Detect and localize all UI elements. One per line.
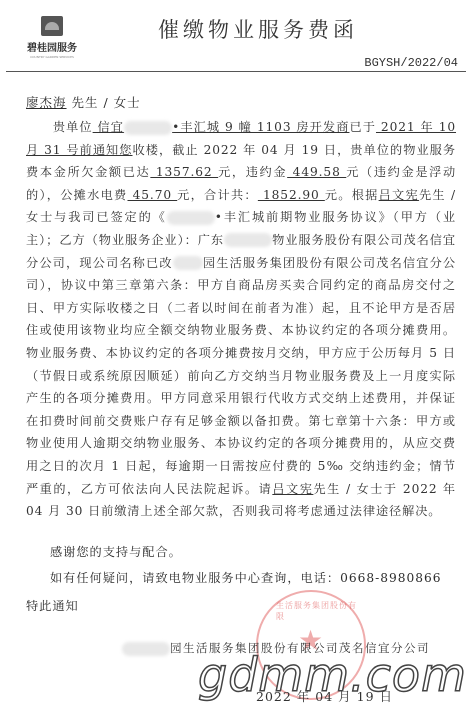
utilities-amount: 45.70 xyxy=(127,188,177,202)
text: 已于 xyxy=(349,120,376,134)
redacted xyxy=(122,642,170,656)
redacted xyxy=(167,211,215,225)
penalty-amount: 449.58 xyxy=(287,165,346,179)
text: 贵单位 xyxy=(53,120,93,134)
principal-amount: 1357.62 xyxy=(150,165,218,179)
owner-name: 吕文宪 xyxy=(272,482,313,496)
recipient-name: 廖杰海 xyxy=(26,95,67,110)
text: •丰汇城 9 幢 1103 房开发商 xyxy=(172,120,349,134)
company-logo: 碧桂园服务 COUNTRY GARDEN SERVICES xyxy=(22,16,82,59)
seal-text: 生活服务集团股份有限 xyxy=(276,600,364,622)
logo-subtext: COUNTRY GARDEN SERVICES xyxy=(22,55,82,59)
owner-name: 吕文宪 xyxy=(379,188,419,202)
thanks-line: 感谢您的支持与配合。 xyxy=(50,543,182,560)
redacted xyxy=(124,121,172,135)
letter-body: 贵单位 信宜•丰汇城 9 幢 1103 房开发商已于 2021 年 10 月 3… xyxy=(26,116,456,523)
text: 元。根据 xyxy=(325,188,379,202)
header-divider xyxy=(6,71,466,72)
text: 园生活服务集团股份有限公司茂名信宜分公司），协议中第三章第六条：甲方自商品房买卖… xyxy=(26,256,456,496)
text: 元，合计共： xyxy=(177,188,258,202)
redacted xyxy=(224,233,272,247)
property-unit: 信宜•丰汇城 9 幢 1103 房开发商 xyxy=(93,120,350,134)
redacted xyxy=(173,256,203,270)
main-paragraph: 贵单位 信宜•丰汇城 9 幢 1103 房开发商已于 2021 年 10 月 3… xyxy=(26,116,456,523)
notice-line: 特此通知 xyxy=(26,597,79,614)
contact-line: 如有任何疑问，请致电物业服务中心查询，电话：0668-8980866 xyxy=(50,569,442,586)
total-amount: 1852.90 xyxy=(258,188,325,202)
reference-number: BGYSH/2022/04 xyxy=(364,56,458,70)
logo-text: 碧桂园服务 xyxy=(22,39,82,54)
watermark: gdmm.com xyxy=(198,648,467,702)
letter-header: 碧桂园服务 COUNTRY GARDEN SERVICES 催缴物业服务费函 B… xyxy=(0,0,472,72)
recipient-title: 先生 / 女士 xyxy=(67,95,141,110)
document-title: 催缴物业服务费函 xyxy=(158,14,358,44)
logo-icon xyxy=(41,16,63,36)
salutation: 廖杰海 先生 / 女士 xyxy=(26,93,141,111)
text: 元，违约金 xyxy=(218,165,287,179)
text: 信宜 xyxy=(93,120,124,134)
